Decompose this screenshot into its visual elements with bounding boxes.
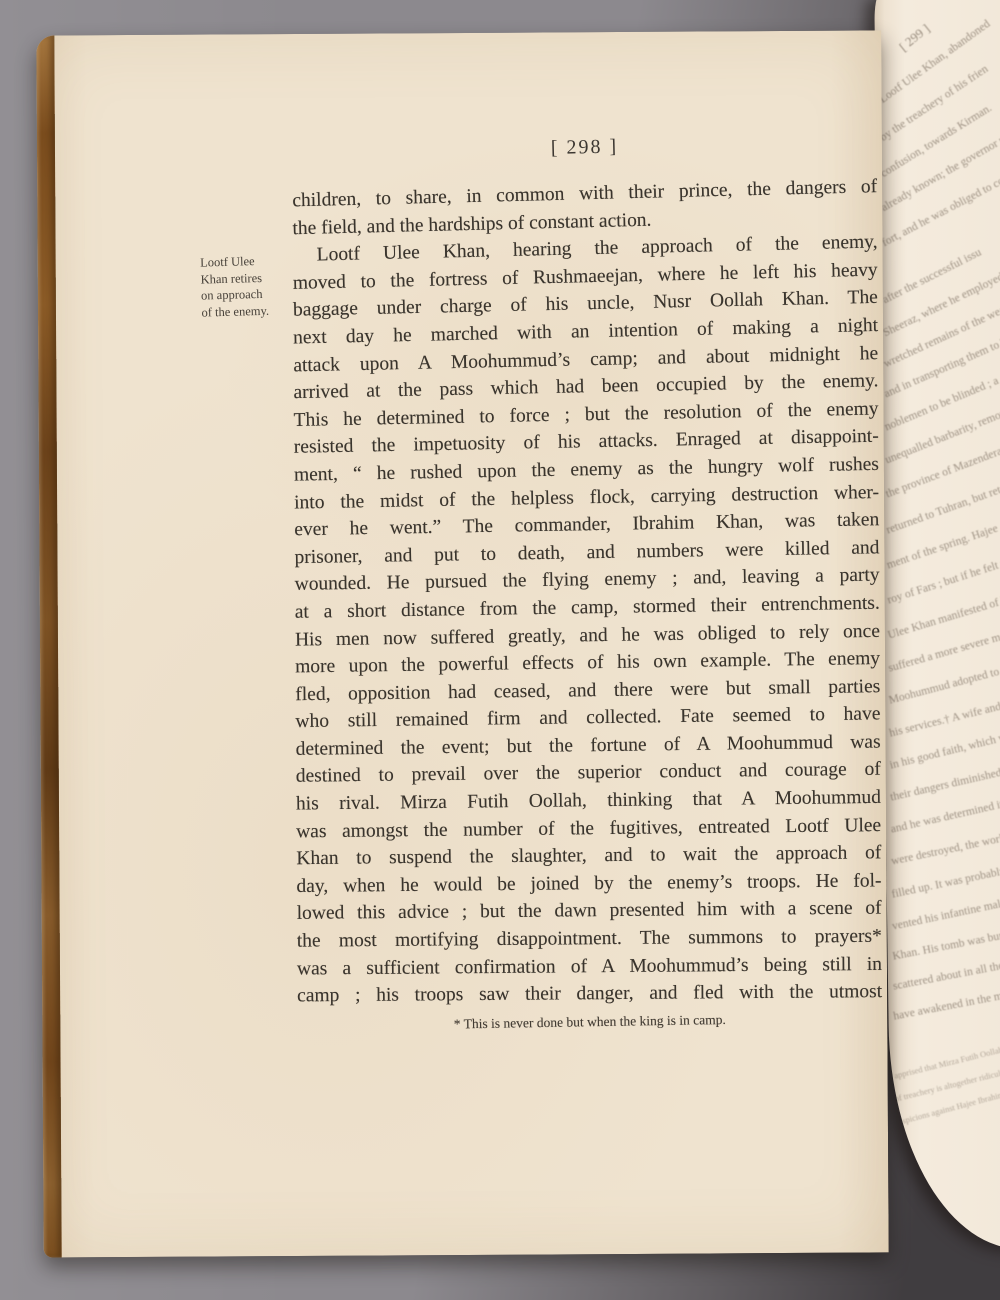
next-page-text-fragment: vented his infantine malic <box>891 897 1000 933</box>
next-page-text-fragment: confusion, towards Kirman. <box>879 102 994 180</box>
next-page-number: [ 299 ] <box>896 21 933 55</box>
body-text-line: camp ; his troops saw their danger, and … <box>297 978 882 1010</box>
body-text-line: the most mortifying disappointment. The … <box>297 923 882 955</box>
footnote: * This is never done but when the king i… <box>297 1009 882 1035</box>
book-page-main: [ 298 ] Lootf UleeKhan retireson approac… <box>36 30 888 1257</box>
margin-note-line: of the enemy. <box>201 301 297 320</box>
book-photo-canvas: [ 299 ]Lootf Ulee Khan, abandonedby the … <box>0 0 1000 1300</box>
book-page-next: [ 299 ]Lootf Ulee Khan, abandonedby the … <box>874 0 1000 1251</box>
next-page-text-fragment: by the treachery of his frien <box>878 63 991 144</box>
next-page-text-fragment: Lootf Ulee Khan, abandoned <box>877 18 992 106</box>
next-page-text-fragment: scattered about in all the want <box>892 955 1000 993</box>
next-page-text-fragment: filled up. It was probably a <box>891 864 1000 901</box>
body-text: children, to share, in common with their… <box>292 178 882 1009</box>
page-number-header: [ 298 ] <box>292 129 877 166</box>
next-page-text-fragment: Khan. His tomb was burnt ope <box>892 925 1000 963</box>
book-binding-edge <box>36 35 61 1257</box>
margin-note: Lootf UleeKhan retireson approachof the … <box>200 252 298 321</box>
